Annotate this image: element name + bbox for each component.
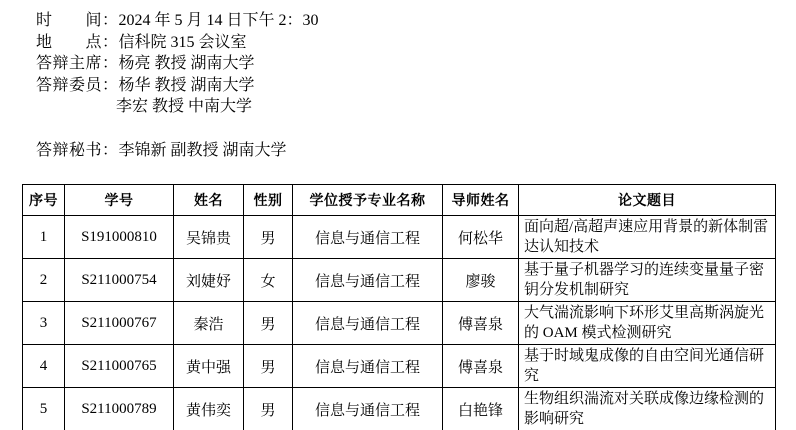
cell-thesis-title: 大气湍流影响下环形艾里高斯涡旋光的 OAM 模式检测研究 — [519, 302, 776, 345]
header-supervisor: 导师姓名 — [443, 185, 519, 216]
committee-label: 答辩委员： — [36, 77, 119, 94]
cell-gender: 男 — [244, 216, 293, 259]
table-row: 1 S191000810 吴锦贵 男 信息与通信工程 何松华 面向超/高超声速应… — [23, 216, 776, 259]
cell-gender: 男 — [244, 388, 293, 430]
meta-line-location: 地 点：信科院 315 会议室 — [36, 32, 796, 54]
defense-students-table: 序号 学号 姓名 性别 学位授予专业名称 导师姓名 论文题目 1 S191000… — [22, 184, 776, 430]
cell-supervisor: 傅喜泉 — [443, 302, 519, 345]
cell-gender: 男 — [244, 302, 293, 345]
defense-schedule-document: 时 间：2024 年 5 月 14 日下午 2：30 地 点：信科院 315 会… — [0, 0, 796, 430]
table-row: 5 S211000789 黄伟奕 男 信息与通信工程 白艳锋 生物组织湍流对关联… — [23, 388, 776, 430]
cell-gender: 女 — [244, 259, 293, 302]
table-row: 3 S211000767 秦浩 男 信息与通信工程 傅喜泉 大气湍流影响下环形艾… — [23, 302, 776, 345]
chair-value: 杨亮 教授 湖南大学 — [119, 55, 255, 72]
meta-line-secretary: 答辩秘书：李锦新 副教授 湖南大学 — [36, 140, 796, 162]
header-name: 姓名 — [174, 185, 244, 216]
header-student-id: 学号 — [65, 185, 174, 216]
table-header-row: 序号 学号 姓名 性别 学位授予专业名称 导师姓名 论文题目 — [23, 185, 776, 216]
cell-student-id: S211000789 — [65, 388, 174, 430]
cell-thesis-title: 基于时域鬼成像的自由空间光通信研究 — [519, 345, 776, 388]
cell-thesis-title: 基于量子机器学习的连续变量量子密钥分发机制研究 — [519, 259, 776, 302]
committee-member2-value: 李宏 教授 中南大学 — [116, 98, 252, 115]
header-gender: 性别 — [244, 185, 293, 216]
committee-member1-value: 杨华 教授 湖南大学 — [119, 77, 255, 94]
header-major: 学位授予专业名称 — [293, 185, 443, 216]
cell-supervisor: 廖骏 — [443, 259, 519, 302]
table-row: 2 S211000754 刘婕妤 女 信息与通信工程 廖骏 基于量子机器学习的连… — [23, 259, 776, 302]
header-seq: 序号 — [23, 185, 65, 216]
header-thesis-title: 论文题目 — [519, 185, 776, 216]
cell-student-id: S211000767 — [65, 302, 174, 345]
cell-name: 黄中强 — [174, 345, 244, 388]
cell-major: 信息与通信工程 — [293, 388, 443, 430]
location-label: 地 点： — [36, 34, 119, 51]
cell-name: 秦浩 — [174, 302, 244, 345]
secretary-value: 李锦新 副教授 湖南大学 — [119, 142, 287, 159]
meta-line-member2: 李宏 教授 中南大学 — [36, 96, 796, 118]
secretary-label: 答辩秘书： — [36, 142, 119, 159]
cell-student-id: S211000765 — [65, 345, 174, 388]
meta-line-chair: 答辩主席：杨亮 教授 湖南大学 — [36, 53, 796, 75]
cell-major: 信息与通信工程 — [293, 302, 443, 345]
cell-major: 信息与通信工程 — [293, 345, 443, 388]
cell-seq: 5 — [23, 388, 65, 430]
cell-supervisor: 白艳锋 — [443, 388, 519, 430]
cell-thesis-title: 生物组织湍流对关联成像边缘检测的影响研究 — [519, 388, 776, 430]
meta-line-time: 时 间：2024 年 5 月 14 日下午 2：30 — [36, 10, 796, 32]
location-value: 信科院 315 会议室 — [119, 34, 247, 51]
cell-major: 信息与通信工程 — [293, 259, 443, 302]
meta-block: 时 间：2024 年 5 月 14 日下午 2：30 地 点：信科院 315 会… — [36, 10, 796, 161]
cell-student-id: S191000810 — [65, 216, 174, 259]
cell-seq: 1 — [23, 216, 65, 259]
cell-name: 刘婕妤 — [174, 259, 244, 302]
cell-thesis-title: 面向超/高超声速应用背景的新体制雷达认知技术 — [519, 216, 776, 259]
cell-name: 吴锦贵 — [174, 216, 244, 259]
cell-gender: 男 — [244, 345, 293, 388]
cell-seq: 4 — [23, 345, 65, 388]
meta-line-member1: 答辩委员：杨华 教授 湖南大学 — [36, 75, 796, 97]
chair-label: 答辩主席： — [36, 55, 119, 72]
cell-supervisor: 傅喜泉 — [443, 345, 519, 388]
table-row: 4 S211000765 黄中强 男 信息与通信工程 傅喜泉 基于时域鬼成像的自… — [23, 345, 776, 388]
cell-name: 黄伟奕 — [174, 388, 244, 430]
cell-seq: 2 — [23, 259, 65, 302]
cell-student-id: S211000754 — [65, 259, 174, 302]
time-label: 时 间： — [36, 12, 119, 29]
cell-major: 信息与通信工程 — [293, 216, 443, 259]
cell-seq: 3 — [23, 302, 65, 345]
time-value: 2024 年 5 月 14 日下午 2：30 — [119, 12, 319, 29]
cell-supervisor: 何松华 — [443, 216, 519, 259]
